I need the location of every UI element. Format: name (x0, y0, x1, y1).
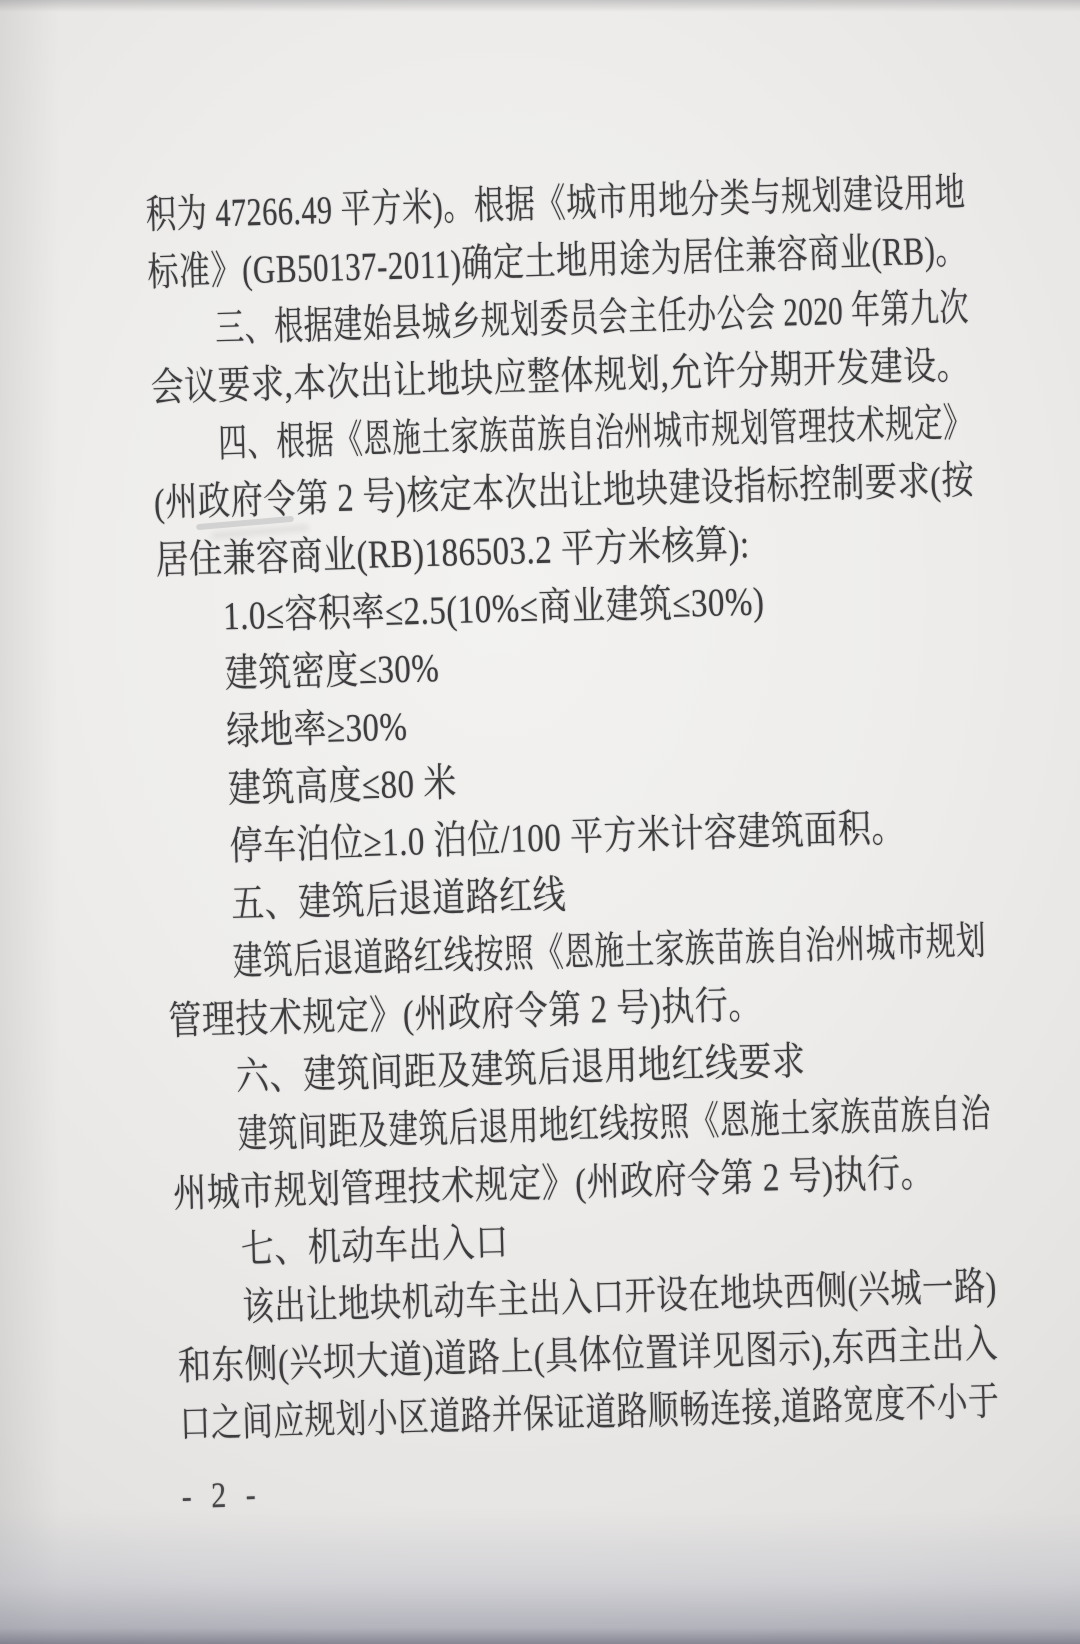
bottom-scan-shadow (0, 1509, 1080, 1644)
scanned-document-photo: 积为 47266.49 平方米)。根据《城市用地分类与规划建设用地标准》(GB5… (0, 0, 1080, 1644)
top-edge-shadow (0, 0, 1080, 12)
page-number: - 2 - (181, 1448, 1002, 1524)
document-lines: 积为 47266.49 平方米)。根据《城市用地分类与规划建设用地标准》(GB5… (145, 165, 1000, 1455)
left-edge-shadow (0, 0, 60, 1644)
document-text-block: 积为 47266.49 平方米)。根据《城市用地分类与规划建设用地标准》(GB5… (145, 165, 1002, 1524)
